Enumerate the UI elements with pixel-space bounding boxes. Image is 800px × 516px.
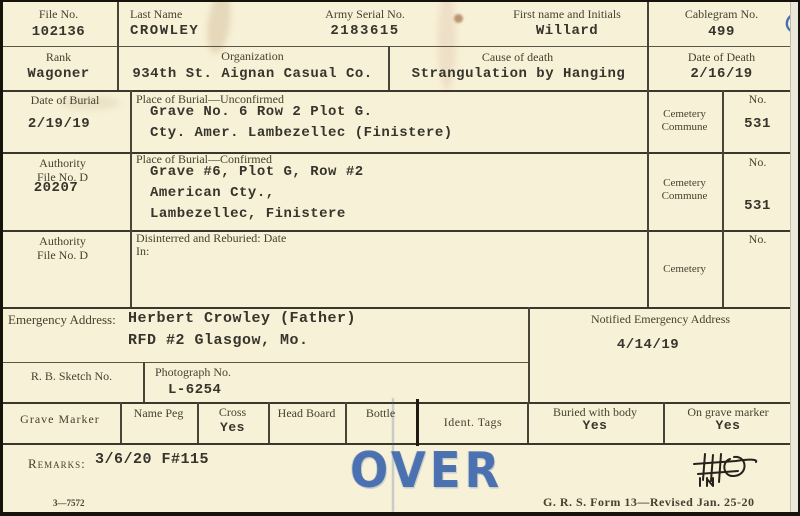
- army-serial-label: Army Serial No.: [290, 8, 440, 21]
- bottle-label: Bottle: [345, 407, 416, 420]
- cemetery-no-label: No.: [722, 156, 793, 169]
- cemetery-no-value: 531: [722, 117, 793, 132]
- emergency-address-label: Emergency Address:: [8, 313, 116, 327]
- cemetery-no-value: 531: [722, 199, 793, 214]
- grid-line: [0, 362, 528, 363]
- rank-value: Wagoner: [0, 67, 117, 82]
- cross-value: Yes: [197, 421, 268, 435]
- disinterred-in-label: In:: [136, 245, 149, 258]
- date-of-death-value: 2/16/19: [650, 67, 793, 82]
- authority-file-value: 20207: [0, 181, 112, 196]
- notified-emergency-label: Notified Emergency Address: [528, 313, 793, 326]
- ident-tags-label: Ident. Tags: [419, 416, 527, 429]
- cemetery-no-label: No.: [722, 93, 793, 106]
- photograph-value: L-6254: [168, 383, 221, 398]
- army-serial-value: 2183615: [290, 24, 440, 39]
- grid-line: [0, 307, 793, 309]
- cemetery-commune-label: Cemetery Commune: [647, 177, 722, 203]
- head-board-label: Head Board: [268, 407, 345, 420]
- file-no-label: File No.: [0, 8, 117, 21]
- cross-label: Cross: [197, 406, 268, 419]
- over-stamp: OVER: [350, 442, 503, 499]
- file-no-value: 102136: [0, 25, 117, 40]
- handwritten-initials-scribble: [690, 450, 760, 490]
- emergency-address-line1: Herbert Crowley (Father): [128, 311, 356, 328]
- last-name-value: CROWLEY: [130, 24, 199, 39]
- date-of-burial-label: Date of Burial: [0, 94, 130, 107]
- last-name-label: Last Name: [130, 8, 182, 21]
- grid-line: [130, 90, 132, 307]
- photograph-label: Photograph No.: [155, 366, 231, 379]
- burial-registration-card: File No. 102136 Last Name CROWLEY Army S…: [0, 0, 800, 516]
- grave-marker-label: Grave Marker: [0, 413, 120, 426]
- cablegram-label: Cablegram No.: [650, 8, 793, 21]
- rank-label: Rank: [0, 51, 117, 64]
- remarks-value: 3/6/20 F#115: [95, 452, 209, 469]
- date-of-death-label: Date of Death: [650, 51, 793, 64]
- organization-value: 934th St. Aignan Casual Co.: [117, 67, 388, 82]
- notified-emergency-value: 4/14/19: [528, 338, 768, 353]
- remarks-label: Remarks:: [28, 457, 86, 471]
- grid-line: [0, 402, 793, 404]
- cause-of-death-value: Strangulation by Hanging: [390, 67, 647, 82]
- disinterred-label: Disinterred and Reburied: Date: [136, 232, 286, 245]
- grid-line: [0, 46, 793, 47]
- on-grave-marker-value: Yes: [663, 419, 793, 433]
- ink-spot: [454, 14, 463, 23]
- first-name-value: Willard: [487, 24, 647, 39]
- first-name-label: First name and Initials: [487, 8, 647, 21]
- grid-line: [0, 230, 793, 232]
- place-unconfirmed-line1: Grave No. 6 Row 2 Plot G.: [150, 105, 373, 120]
- date-of-burial-value: 2/19/19: [0, 117, 118, 132]
- scan-edge: [0, 512, 800, 516]
- grid-line: [647, 0, 649, 307]
- form-id: G. R. S. Form 13—Revised Jan. 25-20: [543, 496, 755, 509]
- grid-line: [0, 152, 793, 154]
- rb-sketch-label: R. B. Sketch No.: [0, 370, 143, 383]
- emergency-address-line2: RFD #2 Glasgow, Mo.: [128, 333, 309, 350]
- grid-line: [143, 362, 145, 402]
- buried-with-body-value: Yes: [527, 419, 663, 433]
- cemetery-label: Cemetery: [647, 263, 722, 275]
- place-confirmed-line3: Lambezellec, Finistere: [150, 207, 346, 222]
- cemetery-commune-label: Cemetery Commune: [647, 108, 722, 134]
- place-confirmed-line1: Grave #6, Plot G, Row #2: [150, 165, 364, 180]
- cause-of-death-label: Cause of death: [388, 51, 647, 64]
- scan-edge: [0, 0, 3, 516]
- cablegram-value: 499: [650, 25, 793, 40]
- name-peg-label: Name Peg: [120, 407, 197, 420]
- place-unconfirmed-line2: Cty. Amer. Lambezellec (Finistere): [150, 126, 453, 141]
- place-confirmed-line2: American Cty.,: [150, 186, 275, 201]
- scan-edge: [0, 0, 800, 2]
- cemetery-no-label: No.: [722, 233, 793, 246]
- authority-file-label: Authority File No. D: [0, 234, 125, 263]
- grid-line: [0, 90, 793, 92]
- organization-label: Organization: [117, 50, 388, 63]
- form-number: 3—7572: [53, 499, 85, 509]
